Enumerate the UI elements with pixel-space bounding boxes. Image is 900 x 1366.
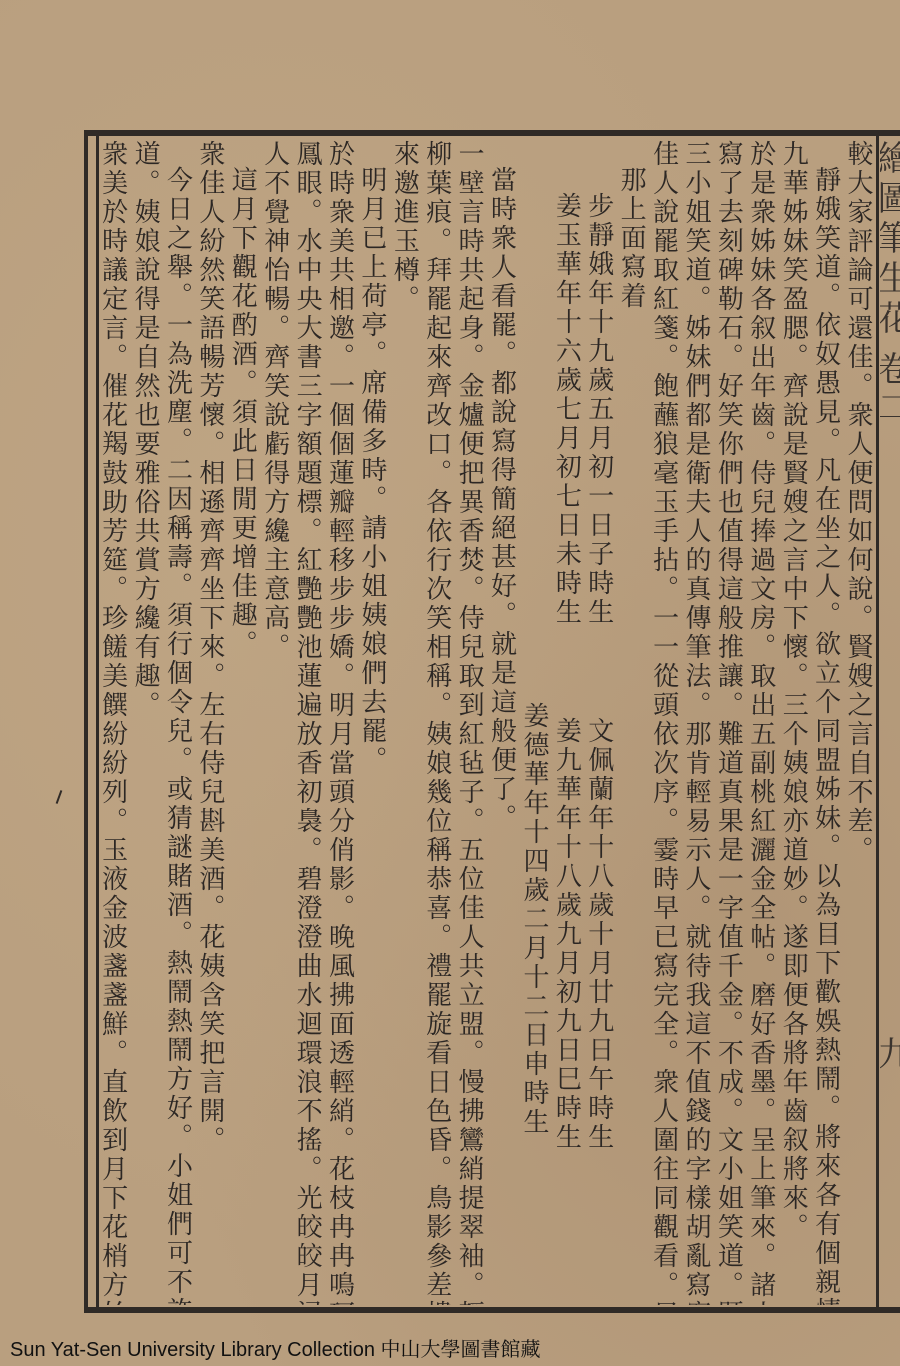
- text-column: 寫了去刻碑勒石。好笑你們也值得這般推讓。難道真果是一字值千金。不成。文小姐笑道。…: [712, 140, 744, 1305]
- text-column: 三小姐笑道。姊妹們都是衛夫人的真傳筆法。那肯輕易示人。就待我這不值錢的字樣胡亂寫…: [680, 140, 712, 1305]
- text-column: 鳳眼。水中央大書三字額題標。紅艷艷池蓮遍放香初裊。碧澄澄曲水迴環浪不搖。光皎皎月…: [291, 140, 323, 1305]
- text-column: 明月已上荷亭。席備多時。請小姐姨娘們去罷。: [356, 140, 388, 1305]
- text-column: 來邀進玉樽。: [388, 140, 420, 1305]
- birth-record-column: 步靜娥年十九歲五月初一日子時生文佩蘭年十八歲十月廿九日午時生: [582, 140, 614, 1305]
- inner-left-rule: [96, 136, 99, 1307]
- birth-record: 步靜娥年十九歲五月初一日子時生: [584, 192, 614, 627]
- vertical-text-body: 較大家評論可還佳。衆人便問如何說。賢嫂之言自不差。 靜娥笑道。依奴愚見。凡在坐之…: [100, 140, 874, 1305]
- text-column: 柳葉痕。拜罷起來齊改口。各依行次笑相稱。姨娘幾位稱恭喜。禮罷旋看日色昏。鳥影參差…: [420, 140, 452, 1305]
- text-column: 較大家評論可還佳。衆人便問如何說。賢嫂之言自不差。: [842, 140, 874, 1305]
- text-column: 於是衆姊妹各叙出年齒。侍兒捧過文房。取出五副桃紅灑金全帖。磨好香墨。呈上筆來。諸…: [744, 140, 776, 1305]
- text-column: 一壁言時共起身。金爐便把異香焚。侍兒取到紅毡子。五位佳人共立盟。慢拂鸞綃提翠袖。…: [453, 140, 485, 1305]
- volume-label: 卷二: [880, 351, 900, 427]
- text-column: 道。姨娘說得是自然也要雅俗共賞方纔有趣。: [129, 140, 161, 1305]
- book-title: 繪圖筆生花: [880, 140, 900, 340]
- text-column: 這月下觀花酌酒。須此日閒更增佳趣。: [226, 140, 258, 1305]
- birth-record: 姜德華年十四歲二月十二日申時生: [519, 702, 549, 1137]
- birth-record-column: 姜德華年十四歲二月十二日申時生: [518, 140, 550, 1305]
- text-column: 靜娥笑道。依奴愚見。凡在坐之人。欲立个同盟姊妹。以為目下歡娛熱鬧。將來各有個親情…: [809, 140, 841, 1305]
- text-column: 那上面寫着: [615, 140, 647, 1305]
- text-column: 衆美於時議定言。催花羯鼓助芳筵。珍饈美饌紛紛列。玉液金波盞盞鮮。直飲到月下花梢方…: [100, 140, 129, 1305]
- birth-record-column: 姜玉華年十六歲七月初七日未時生姜九華年十八歲九月初九日巳時生: [550, 140, 582, 1305]
- margin-rule: [876, 136, 879, 1307]
- text-column: 於時衆美共相邀。一個個蓮瓣輕移步步嬌。明月當頭分俏影。晚風拂面透輕綃。花枝冉冉鳴…: [323, 140, 355, 1305]
- text-column: 當時衆人看罷。都說寫得簡絕甚好。就是這般便了。: [485, 140, 517, 1305]
- text-column: 佳人說罷取紅箋。飽蘸狼毫玉手拈。一一從頭依次序。霎時早已寫完全。衆人圍往同觀看。…: [647, 140, 679, 1305]
- text-column: 衆佳人紛然笑語暢芳懷。相遜齊齊坐下來。左右侍兒斟美酒。花姨含笑把言開。: [193, 140, 225, 1305]
- text-column: 今日之舉。一為洗塵。二因稱壽。須行個令兒。或猜謎賭酒。熱鬧熱鬧方好。小姐們可不許…: [161, 140, 193, 1305]
- text-column: 人不覺神怡暢。齊笑說虧得方纔主意高。: [258, 140, 290, 1305]
- birth-record: 文佩蘭年十八歲十月廿九日午時生: [584, 717, 614, 1152]
- text-column: 九華姊妹笑盈腮。齊說是賢嫂之言中下懷。三个姨娘亦道妙。遂即便各將年齒叙將來。: [777, 140, 809, 1305]
- birth-record: 姜九華年十八歲九月初九日巳時生: [551, 717, 581, 1152]
- page-number: 九: [880, 1036, 900, 1070]
- library-collection-caption: Sun Yat-Sen University Library Collectio…: [10, 1333, 541, 1362]
- margin-title-column: 繪圖筆生花 卷二 九: [880, 136, 900, 1307]
- birth-record: 姜玉華年十六歲七月初七日未時生: [551, 192, 581, 627]
